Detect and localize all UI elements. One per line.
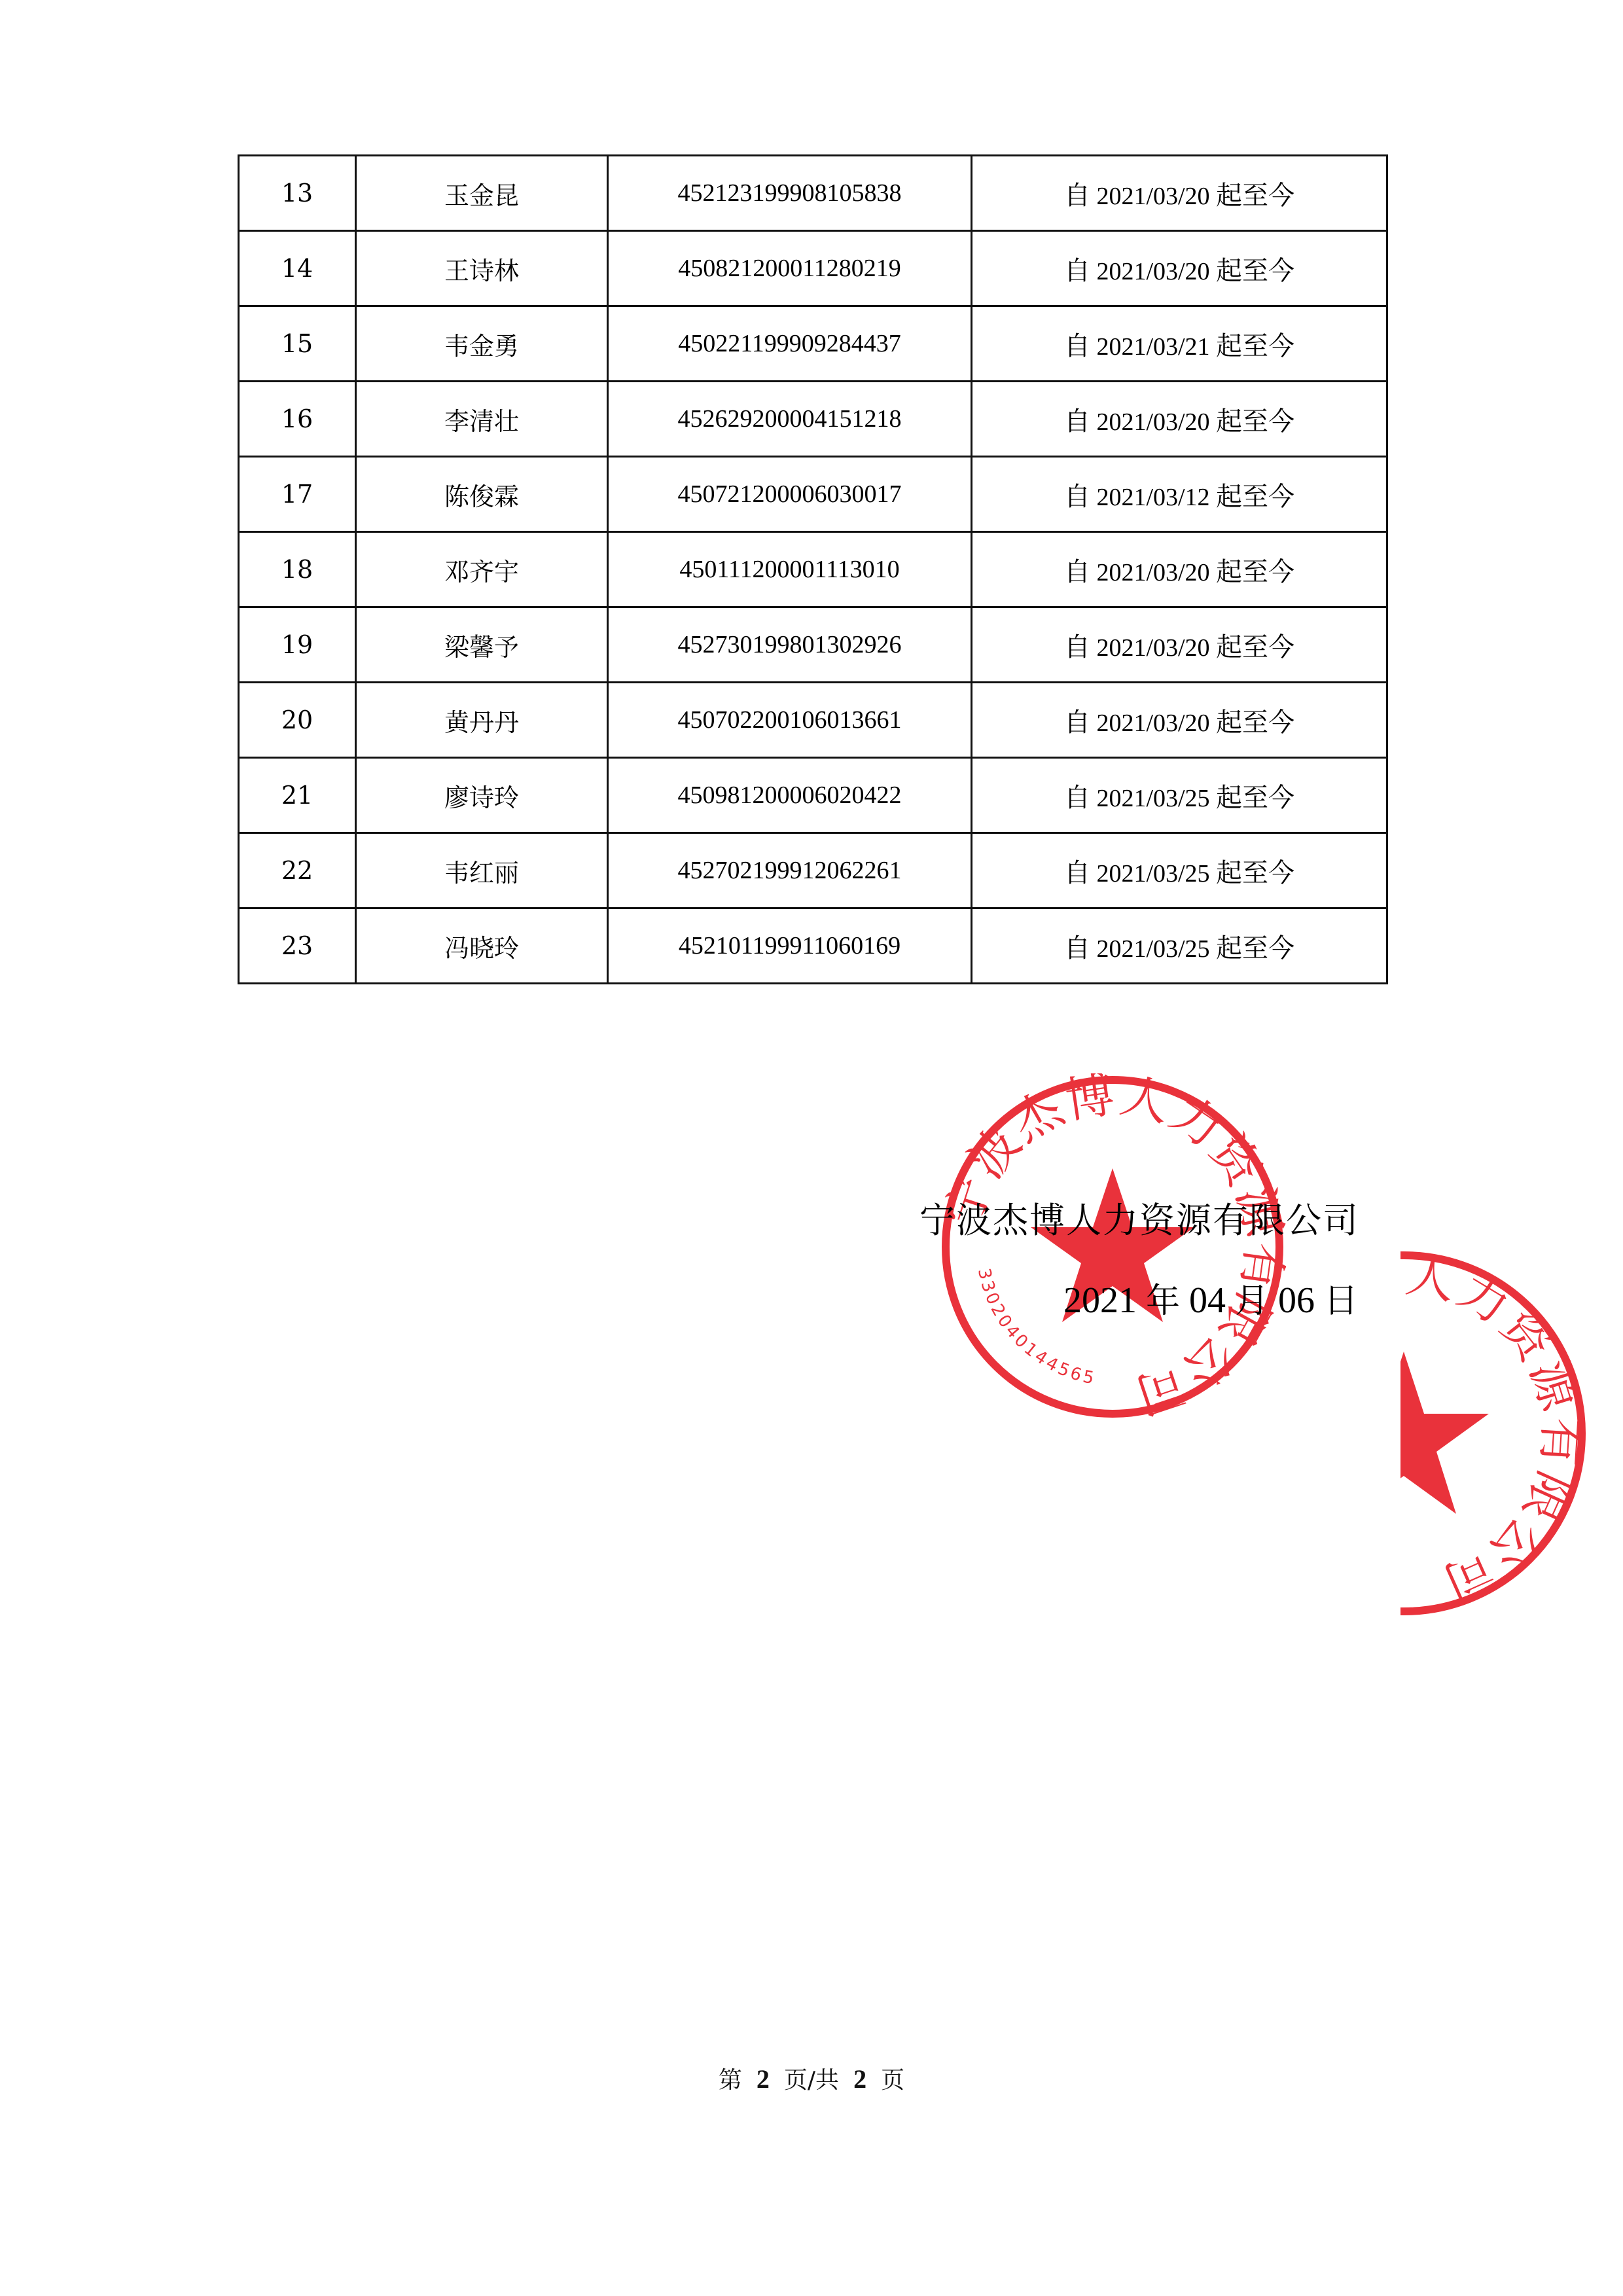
table-row: 18邓齐宇450111200001113010自 2021/03/20 起至今 [239, 532, 1387, 607]
row-index: 18 [239, 532, 356, 607]
company-seal-stamp: 宁波杰博人力资源有限公司 3302040144565 [939, 1073, 1286, 1420]
row-index: 23 [239, 908, 356, 984]
footer-suffix: 页 [881, 2067, 904, 2094]
employment-period: 自 2021/03/20 起至今 [972, 382, 1387, 457]
table-row: 20黄丹丹450702200106013661自 2021/03/20 起至今 [239, 683, 1387, 758]
employment-period: 自 2021/03/12 起至今 [972, 457, 1387, 532]
period-suffix: 起至今 [1216, 858, 1294, 888]
id-number: 450981200006020422 [608, 758, 972, 833]
seal-icon: 宁波杰博人力资源有限公司 3302040144565 [939, 1073, 1286, 1420]
start-date: 2021/03/25 [1096, 785, 1209, 812]
period-suffix: 起至今 [1216, 557, 1294, 587]
footer-total-pages: 2 [853, 2064, 866, 2094]
company-name-signature: 宁波杰博人力资源有限公司 [919, 1193, 1359, 1243]
document-page: 13玉金昆452123199908105838自 2021/03/20 起至今1… [0, 0, 1623, 2296]
seam-seal-stamp: 人力资源有限公司 [1400, 1247, 1590, 1620]
employee-name: 冯晓玲 [356, 908, 608, 984]
employment-period: 自 2021/03/20 起至今 [972, 683, 1387, 758]
footer-current-page: 2 [757, 2064, 770, 2094]
table-row: 23冯晓玲452101199911060169自 2021/03/25 起至今 [239, 908, 1387, 984]
period-suffix: 起至今 [1216, 933, 1294, 963]
employee-name: 韦金勇 [356, 306, 608, 382]
date-day-unit: 日 [1324, 1282, 1358, 1321]
footer-middle: 页/共 [784, 2067, 839, 2094]
row-index: 14 [239, 231, 356, 306]
period-suffix: 起至今 [1216, 632, 1294, 662]
employment-period: 自 2021/03/25 起至今 [972, 833, 1387, 908]
id-number: 450721200006030017 [608, 457, 972, 532]
row-index: 17 [239, 457, 356, 532]
id-number: 450221199909284437 [608, 306, 972, 382]
employment-period: 自 2021/03/21 起至今 [972, 306, 1387, 382]
period-suffix: 起至今 [1216, 783, 1294, 813]
start-date: 2021/03/25 [1096, 860, 1209, 888]
period-prefix: 自 [1064, 482, 1090, 512]
start-date: 2021/03/20 [1096, 559, 1209, 586]
row-index: 22 [239, 833, 356, 908]
id-number: 452730199801302926 [608, 607, 972, 683]
start-date: 2021/03/25 [1096, 935, 1209, 963]
employee-name: 李清壮 [356, 382, 608, 457]
row-index: 15 [239, 306, 356, 382]
id-number: 450702200106013661 [608, 683, 972, 758]
period-prefix: 自 [1064, 557, 1090, 587]
table-row: 19梁馨予452730199801302926自 2021/03/20 起至今 [239, 607, 1387, 683]
start-date: 2021/03/20 [1096, 408, 1209, 436]
period-prefix: 自 [1064, 256, 1090, 286]
id-number: 450821200011280219 [608, 231, 972, 306]
employee-name: 梁馨予 [356, 607, 608, 683]
period-prefix: 自 [1064, 933, 1090, 963]
id-number: 450111200001113010 [608, 532, 972, 607]
employee-name: 王诗林 [356, 231, 608, 306]
signature-date: 2021 年 04 月 06 日 [1063, 1273, 1358, 1322]
period-suffix: 起至今 [1216, 406, 1294, 437]
id-number: 452702199912062261 [608, 833, 972, 908]
id-number: 452629200004151218 [608, 382, 972, 457]
employment-period: 自 2021/03/20 起至今 [972, 231, 1387, 306]
seam-seal-ring-text: 人力资源有限公司 [1402, 1247, 1590, 1613]
employee-name: 廖诗玲 [356, 758, 608, 833]
row-index: 19 [239, 607, 356, 683]
start-date: 2021/03/21 [1096, 333, 1209, 361]
employment-period: 自 2021/03/25 起至今 [972, 758, 1387, 833]
period-prefix: 自 [1064, 858, 1090, 888]
period-suffix: 起至今 [1216, 708, 1294, 738]
table-row: 15韦金勇450221199909284437自 2021/03/21 起至今 [239, 306, 1387, 382]
star-icon [1400, 1352, 1489, 1514]
period-prefix: 自 [1064, 181, 1090, 211]
employee-name: 陈俊霖 [356, 457, 608, 532]
start-date: 2021/03/12 [1096, 484, 1209, 511]
footer-prefix: 第 [719, 2067, 742, 2094]
row-index: 13 [239, 156, 356, 231]
table-row: 17陈俊霖450721200006030017自 2021/03/12 起至今 [239, 457, 1387, 532]
id-number: 452101199911060169 [608, 908, 972, 984]
row-index: 21 [239, 758, 356, 833]
period-prefix: 自 [1064, 406, 1090, 437]
employee-name: 玉金昆 [356, 156, 608, 231]
seal-icon: 人力资源有限公司 [1400, 1247, 1590, 1620]
date-year: 2021 [1063, 1280, 1137, 1321]
period-prefix: 自 [1064, 331, 1090, 361]
period-prefix: 自 [1064, 708, 1090, 738]
table-row: 22韦红丽452702199912062261自 2021/03/25 起至今 [239, 833, 1387, 908]
date-year-unit: 年 [1146, 1282, 1180, 1321]
seal-ring-text: 宁波杰博人力资源有限公司 [939, 1073, 1286, 1420]
period-suffix: 起至今 [1216, 181, 1294, 211]
period-suffix: 起至今 [1216, 331, 1294, 361]
table-row: 14王诗林450821200011280219自 2021/03/20 起至今 [239, 231, 1387, 306]
employee-table: 13玉金昆452123199908105838自 2021/03/20 起至今1… [238, 154, 1388, 984]
page-number-footer: 第2页/共2页 [0, 2062, 1623, 2095]
period-suffix: 起至今 [1216, 482, 1294, 512]
start-date: 2021/03/20 [1096, 634, 1209, 662]
period-suffix: 起至今 [1216, 256, 1294, 286]
date-month-unit: 月 [1235, 1282, 1269, 1321]
employment-period: 自 2021/03/25 起至今 [972, 908, 1387, 984]
employee-name: 邓齐宇 [356, 532, 608, 607]
table-row: 13玉金昆452123199908105838自 2021/03/20 起至今 [239, 156, 1387, 231]
period-prefix: 自 [1064, 632, 1090, 662]
employment-period: 自 2021/03/20 起至今 [972, 532, 1387, 607]
start-date: 2021/03/20 [1096, 709, 1209, 737]
svg-text:宁波杰博人力资源有限公司: 宁波杰博人力资源有限公司 [939, 1073, 1286, 1420]
employee-name: 韦红丽 [356, 833, 608, 908]
svg-text:人力资源有限公司: 人力资源有限公司 [1402, 1247, 1590, 1613]
start-date: 2021/03/20 [1096, 183, 1209, 210]
date-day: 06 [1278, 1280, 1315, 1321]
employee-name: 黄丹丹 [356, 683, 608, 758]
row-index: 20 [239, 683, 356, 758]
employment-period: 自 2021/03/20 起至今 [972, 156, 1387, 231]
id-number: 452123199908105838 [608, 156, 972, 231]
date-month: 04 [1189, 1280, 1226, 1321]
start-date: 2021/03/20 [1096, 258, 1209, 285]
employment-period: 自 2021/03/20 起至今 [972, 607, 1387, 683]
employee-table-body: 13玉金昆452123199908105838自 2021/03/20 起至今1… [239, 156, 1387, 984]
table-row: 16李清壮452629200004151218自 2021/03/20 起至今 [239, 382, 1387, 457]
row-index: 16 [239, 382, 356, 457]
period-prefix: 自 [1064, 783, 1090, 813]
table-row: 21廖诗玲450981200006020422自 2021/03/25 起至今 [239, 758, 1387, 833]
